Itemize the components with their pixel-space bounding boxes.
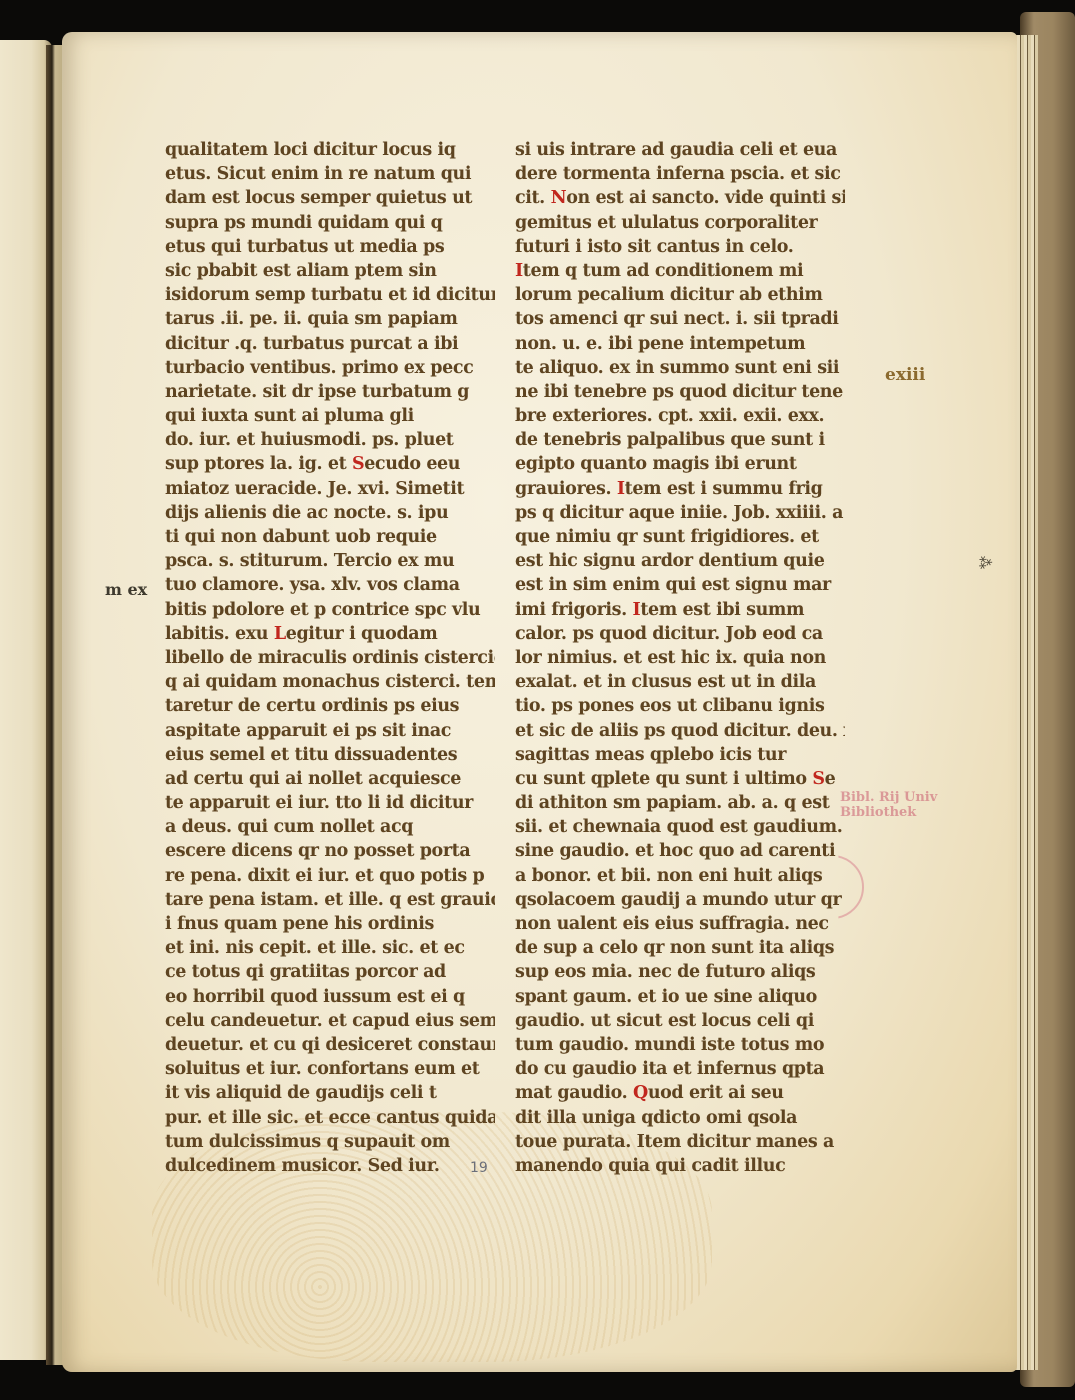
text-line: q ai quidam monachus cisterci. temp [165, 670, 495, 694]
text-line: grauiores. Item est i summu frig [515, 477, 845, 501]
text-line: qui iuxta sunt ai pluma gli [165, 404, 495, 428]
text-line: etus qui turbatus ut media ps [165, 235, 495, 259]
text-line: eo horribil quod iussum est ei q [165, 985, 495, 1009]
text-line: te apparuit ei iur. tto li id dicitur [165, 791, 495, 815]
text-line: taretur de certu ordinis ps eius [165, 694, 495, 718]
text-line: que nimiu qr sunt frigidiores. et [515, 525, 845, 549]
margin-note-chapter: exiii [885, 365, 925, 385]
text-line: bre exteriores. cpt. xxii. exii. exx. [515, 404, 845, 428]
rubricated-initial: I [617, 479, 625, 499]
text-line: i fnus quam pene his ordinis [165, 912, 495, 936]
folio-number: 19 [470, 1160, 488, 1176]
text-line: tarus .ii. pe. ii. quia sm papiam [165, 307, 495, 331]
rubricated-initial: I [515, 261, 523, 281]
text-line: spant gaum. et io ue sine aliquo [515, 985, 845, 1009]
text-line: et ini. nis cepit. et ille. sic. et ec [165, 936, 495, 960]
text-line: sagittas meas qplebo icis tur [515, 743, 845, 767]
text-line: do cu gaudio ita et infernus qpta [515, 1057, 845, 1081]
text-line: tum dulcissimus q supauit om [165, 1130, 495, 1154]
text-line: bitis pdolore et p contrice spc vlu [165, 598, 495, 622]
text-line: te aliquo. ex in summo sunt eni sii [515, 356, 845, 380]
text-line: et sic de aliis ps quod dicitur. deu. xx… [515, 719, 845, 743]
text-column-left: qualitatem loci dicitur locus iqetus. Si… [165, 138, 495, 1178]
text-line: tum gaudio. mundi iste totus mo [515, 1033, 845, 1057]
text-line: eius semel et titu dissuadentes [165, 743, 495, 767]
stamp-line-2: Bibliothek [840, 805, 937, 820]
text-line: lorum pecalium dicitur ab ethim [515, 283, 845, 307]
text-line: psca. s. stiturum. Tercio ex mu [165, 549, 495, 573]
text-line: tuo clamore. ysa. xlv. vos clama [165, 573, 495, 597]
text-line: toue purata. Item dicitur manes a [515, 1130, 845, 1154]
text-line: miatoz ueracide. Je. xvi. Simetit [165, 477, 495, 501]
text-line: turbacio ventibus. primo ex pecc [165, 356, 495, 380]
rubricated-initial: S [812, 769, 824, 789]
text-line: a deus. qui cum nollet acq [165, 815, 495, 839]
text-line: celu candeuetur. et capud eius sem [165, 1009, 495, 1033]
text-line: tio. ps pones eos ut clibanu ignis [515, 694, 845, 718]
text-line: exalat. et in clusus est ut in dila [515, 670, 845, 694]
text-line: est in sim enim qui est signu mar [515, 573, 845, 597]
text-line: tos amenci qr sui nect. i. sii tpradi [515, 307, 845, 331]
text-line: do. iur. et huiusmodi. ps. pluet [165, 428, 495, 452]
text-line: di athiton sm papiam. ab. a. q est [515, 791, 845, 815]
text-line: imi frigoris. Item est ibi summ [515, 598, 845, 622]
text-column-right: si uis intrare ad gaudia celi et euadere… [515, 138, 845, 1178]
text-line: est hic signu ardor dentium quie [515, 549, 845, 573]
text-line: cu sunt qplete qu sunt i ultimo Se [515, 767, 845, 791]
text-line: escere dicens qr no posset porta [165, 839, 495, 863]
text-line: ti qui non dabunt uob requie [165, 525, 495, 549]
text-line: sup eos mia. nec de futuro aliqs [515, 960, 845, 984]
text-line: aspitate apparuit ei ps sit inac [165, 719, 495, 743]
text-line: cit. Non est ai sancto. vide quinti sit [515, 186, 845, 210]
text-line: libello de miraculis ordinis cistercien [165, 646, 495, 670]
text-line: gemitus et ululatus corporaliter [515, 211, 845, 235]
text-line: it vis aliquid de gaudijs celi t [165, 1081, 495, 1105]
text-line: egipto quanto magis ibi erunt [515, 452, 845, 476]
text-line: ps q dicitur aque iniie. Job. xxiiii. a [515, 501, 845, 525]
text-line: ne ibi tenebre ps quod dicitur tene [515, 380, 845, 404]
text-line: qsolacoem gaudij a mundo utur qr [515, 888, 845, 912]
rubricated-initial: L [274, 624, 286, 644]
rubricated-initial: N [551, 188, 567, 208]
text-line: dit illa uniga qdicto omi qsola [515, 1106, 845, 1130]
text-line: dere tormenta inferna pscia. et sic fe [515, 162, 845, 186]
text-line: pur. et ille sic. et ecce cantus quida [165, 1106, 495, 1130]
text-line: lor nimius. et est hic ix. quia non [515, 646, 845, 670]
margin-note-left: m ex [105, 580, 147, 599]
text-line: dijs alienis die ac nocte. s. ipu [165, 501, 495, 525]
facing-page-left-edge [0, 40, 52, 1360]
text-line: si uis intrare ad gaudia celi et eua [515, 138, 845, 162]
text-line: ad certu qui ai nollet acquiesce [165, 767, 495, 791]
text-line: deuetur. et cu qi desiceret constaunt [165, 1033, 495, 1057]
text-line: isidorum semp turbatu et id dicitur tar [165, 283, 495, 307]
text-line: labitis. exu Legitur i quodam [165, 622, 495, 646]
rubricated-initial: S [352, 454, 364, 474]
text-line: soluitus et iur. confortans eum et [165, 1057, 495, 1081]
text-line: ce totus qi gratiitas porcor ad [165, 960, 495, 984]
text-line: dulcedinem musicor. Sed iur. [165, 1154, 495, 1178]
text-line: non. u. e. ibi pene intempetum [515, 332, 845, 356]
text-line: narietate. sit dr ipse turbatum g [165, 380, 495, 404]
text-line: non ualent eis eius suffragia. nec [515, 912, 845, 936]
text-line: sup ptores la. ig. et Secudo eeu [165, 452, 495, 476]
stamp-line-1: Bibl. Rij Univ [840, 790, 937, 805]
text-line: calor. ps quod dicitur. Job eod ca [515, 622, 845, 646]
library-stamp: Bibl. Rij Univ Bibliothek [840, 790, 937, 820]
text-line: de sup a celo qr non sunt ita aliqs [515, 936, 845, 960]
text-line: supra ps mundi quidam qui q [165, 211, 495, 235]
text-line: dam est locus semper quietus ut [165, 186, 495, 210]
text-line: manendo quia qui cadit illuc [515, 1154, 845, 1178]
text-line: etus. Sicut enim in re natum qui [165, 162, 495, 186]
text-line: sic pbabit est aliam ptem sin [165, 259, 495, 283]
text-line: Item q tum ad conditionem mi [515, 259, 845, 283]
text-line: mat gaudio. Quod erit ai seu [515, 1081, 845, 1105]
text-line: gaudio. ut sicut est locus celi qi [515, 1009, 845, 1033]
text-line: sii. et chewnaia quod est gaudium. q [515, 815, 845, 839]
text-line: sine gaudio. et hoc quo ad carenti [515, 839, 845, 863]
text-line: de tenebris palpalibus que sunt i [515, 428, 845, 452]
text-line: tare pena istam. et ille. q est grauior [165, 888, 495, 912]
rubricated-initial: I [633, 600, 641, 620]
text-line: re pena. dixit ei iur. et quo potis p [165, 864, 495, 888]
text-line: qualitatem loci dicitur locus iq [165, 138, 495, 162]
text-line: futuri i isto sit cantus in celo. [515, 235, 845, 259]
text-line: a bonor. et bii. non eni huit aliqs [515, 864, 845, 888]
rubricated-initial: Q [633, 1083, 648, 1103]
text-line: dicitur .q. turbatus purcat a ibi [165, 332, 495, 356]
